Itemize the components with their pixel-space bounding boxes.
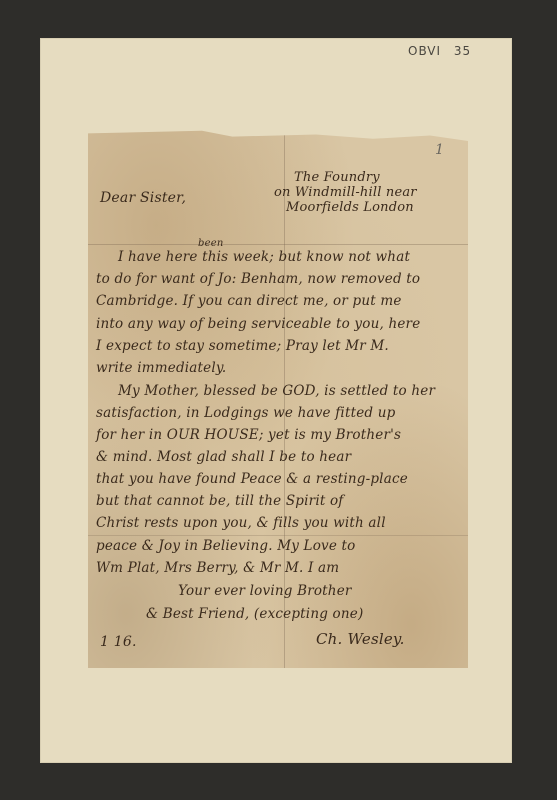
fold-crease-horizontal-lower xyxy=(88,535,468,536)
body-line: & mind. Most glad shall I be to hear xyxy=(96,449,351,465)
body-line: I have here this week; but know not what xyxy=(118,249,410,265)
body-line: write immediately. xyxy=(96,360,226,376)
address-line: Moorfields London xyxy=(274,200,417,215)
body-line: into any way of being serviceable to you… xyxy=(96,316,420,332)
body-line: Wm Plat, Mrs Berry, & Mr M. I am xyxy=(96,560,339,576)
body-line: I expect to stay sometime; Pray let Mr M… xyxy=(96,338,389,354)
body-line: but that cannot be, till the Spirit of xyxy=(96,493,343,509)
body-line: that you have found Peace & a resting-pl… xyxy=(96,471,408,487)
body-line: peace & Joy in Believing. My Love to xyxy=(96,538,355,554)
address-line: on Windmill-hill near xyxy=(274,185,417,200)
reference-label: OBVI 35 xyxy=(408,44,471,58)
date-note: 1 16. xyxy=(100,634,137,650)
body-line: Christ rests upon you, & fills you with … xyxy=(96,515,386,531)
signature: Ch. Wesley. xyxy=(316,630,405,648)
body-line: Cambridge. If you can direct me, or put … xyxy=(96,293,402,309)
closing-line: Your ever loving Brother xyxy=(178,583,352,599)
closing-line: & Best Friend, (excepting one) xyxy=(146,606,363,622)
handwritten-letter: 1 The Foundry on Windmill-hill near Moor… xyxy=(88,128,468,668)
body-line: My Mother, blessed be GOD, is settled to… xyxy=(118,383,435,399)
page-number: 1 xyxy=(435,142,444,158)
body-line: for her in OUR HOUSE; yet is my Brother'… xyxy=(96,427,401,443)
body-line: satisfaction, in Lodgings we have fitted… xyxy=(96,405,395,421)
address-line: The Foundry xyxy=(274,170,417,185)
body-line: to do for want of Jo: Benham, now remove… xyxy=(96,271,420,287)
salutation: Dear Sister, xyxy=(100,190,186,206)
sender-address: The Foundry on Windmill-hill near Moorfi… xyxy=(274,170,417,215)
interlinear-insertion: been xyxy=(198,238,223,249)
fold-crease-horizontal xyxy=(88,244,468,245)
